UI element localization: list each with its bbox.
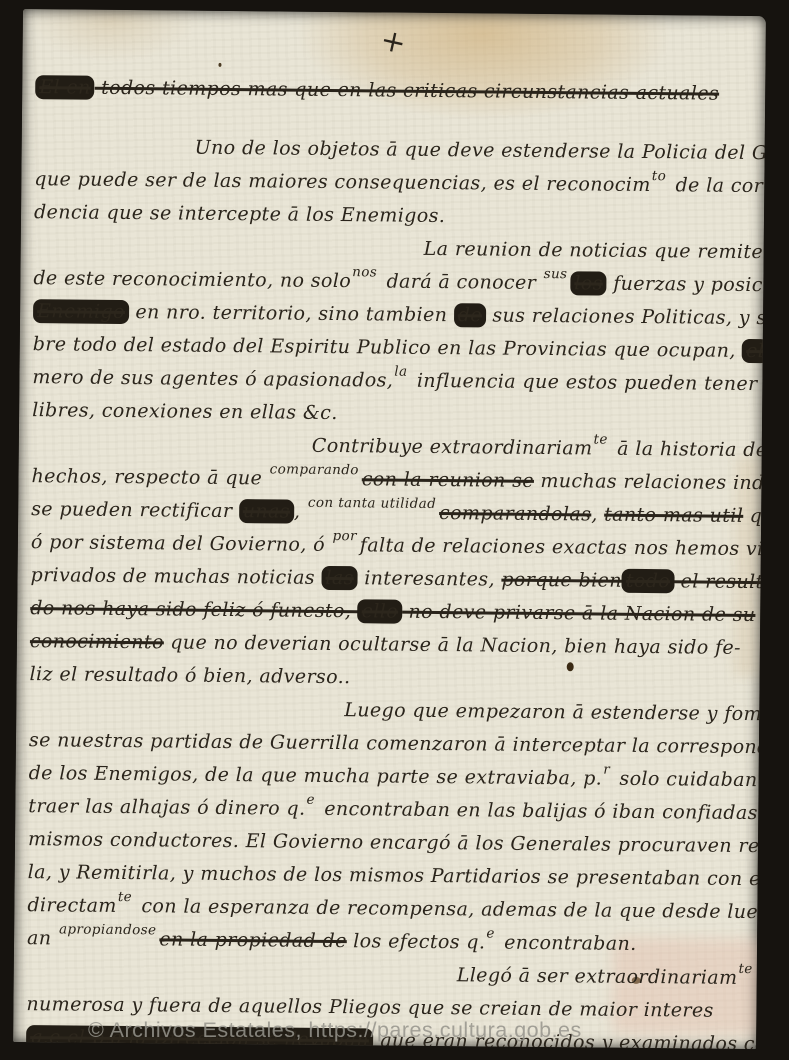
manuscript-segment: hechos, respecto ā que bbox=[31, 465, 268, 489]
manuscript-segment: bre todo del estado del Espiritu Publico… bbox=[33, 333, 743, 362]
manuscript-segment: privados de muchas noticias bbox=[30, 564, 321, 589]
manuscript-segment: dará ā conocer bbox=[380, 270, 543, 294]
manuscript-segment-struck: en la propiedad de bbox=[159, 928, 347, 952]
manuscript-page: + El en todos tiempos mas que en las cri… bbox=[13, 9, 766, 1049]
manuscript-segment: ā la historia de los bbox=[611, 438, 766, 462]
manuscript-segment: mismos conductores. El Govierno encargó … bbox=[28, 828, 766, 858]
manuscript-segment: La reunion de noticias que remiten bbox=[424, 238, 766, 263]
manuscript-segment-struck: el resulta- bbox=[674, 570, 766, 593]
manuscript-segment: Llegó ā ser extraordinariam bbox=[457, 964, 738, 989]
manuscript-segment: los efectos q. bbox=[347, 930, 486, 953]
manuscript-segment: mero de sus agentes ó apasionados, bbox=[32, 366, 393, 391]
manuscript-segment: encontraban en las balijas ó iban confia… bbox=[318, 798, 766, 825]
manuscript-line: an apropiandoseen la propiedad de los ef… bbox=[27, 922, 753, 962]
copyright-watermark: © Archivos Estatales, https://pares.cult… bbox=[88, 1018, 582, 1043]
manuscript-segment-sup: nos bbox=[352, 267, 377, 277]
manuscript-text: El en todos tiempos mas que en las criti… bbox=[26, 71, 761, 1049]
manuscript-segment-struck: conocimiento bbox=[30, 630, 164, 653]
manuscript-line: liz el resultado ó bien, adverso.. bbox=[29, 658, 755, 698]
manuscript-segment-struck: no deve privarse ā la Nacion de su bbox=[402, 601, 756, 626]
manuscript-segment: que puede ser de las maiores consequenci… bbox=[34, 168, 651, 196]
manuscript-segment: con la esperanza de recompensa, ademas d… bbox=[135, 895, 766, 924]
manuscript-segment-blot: todo bbox=[622, 569, 675, 594]
manuscript-segment: Contribuye extraordinariam bbox=[312, 435, 593, 460]
manuscript-segment-sup: e bbox=[307, 795, 315, 805]
manuscript-segment-struck: porque bien bbox=[501, 569, 622, 592]
scanned-document: + El en todos tiempos mas que en las cri… bbox=[0, 0, 789, 1060]
manuscript-segment: de los Enemigos, de la que mucha parte s… bbox=[29, 762, 603, 790]
manuscript-segment-blot: los bbox=[570, 271, 607, 295]
manuscript-segment: muchas relaciones individuales bbox=[534, 470, 766, 495]
manuscript-segment: de este reconocimiento, no solo bbox=[33, 267, 351, 292]
manuscript-segment-struck: do nos haya sido feliz ó funesto, bbox=[30, 597, 358, 622]
manuscript-segment-blot: El en bbox=[35, 75, 95, 100]
manuscript-segment: quanto ā que bbox=[743, 505, 766, 528]
manuscript-segment-blot: el bbox=[742, 339, 766, 363]
manuscript-segment-struck: comparandolas bbox=[439, 502, 591, 525]
manuscript-segment-sup: te bbox=[594, 434, 608, 444]
manuscript-segment-sup: con tanta utilidad bbox=[308, 498, 436, 509]
ink-speck bbox=[218, 63, 221, 67]
manuscript-segment-sup: r bbox=[603, 765, 610, 775]
manuscript-segment: de la correspon- bbox=[669, 174, 766, 198]
manuscript-segment-sup: comparando bbox=[270, 464, 359, 475]
manuscript-segment-sup: apropiandose bbox=[59, 924, 157, 935]
manuscript-segment: se pueden rectificar bbox=[31, 498, 239, 522]
manuscript-segment-sup: to bbox=[652, 171, 666, 181]
manuscript-segment-struck: con la reunion se bbox=[362, 468, 534, 492]
manuscript-segment: encontraban. bbox=[498, 932, 637, 955]
manuscript-segment: que no deverian ocultarse ā la Nacion, b… bbox=[164, 631, 741, 659]
manuscript-line: El en todos tiempos mas que en las criti… bbox=[35, 71, 761, 111]
manuscript-segment-sup: la bbox=[394, 367, 407, 377]
page-number-mark: + bbox=[377, 22, 409, 62]
manuscript-segment: Uno de los objetos ā que deve estenderse… bbox=[195, 137, 766, 165]
manuscript-segment: Luego que empezaron ā estenderse y fomen… bbox=[344, 699, 766, 726]
manuscript-segment: fuerzas y posiciones bbox=[607, 273, 766, 297]
manuscript-segment-blot: las bbox=[321, 566, 358, 590]
manuscript-segment: traer las alhajas ó dinero q. bbox=[28, 795, 305, 820]
manuscript-segment-blot: de bbox=[454, 303, 486, 327]
manuscript-segment: directam bbox=[27, 894, 117, 917]
manuscript-segment: , bbox=[591, 503, 604, 525]
manuscript-segment-struck: tanto mas util bbox=[604, 504, 743, 527]
manuscript-segment-blot: Enemigo bbox=[33, 299, 129, 324]
manuscript-segment-blot: unas bbox=[239, 499, 294, 524]
manuscript-segment: ó por sistema del Govierno, ó bbox=[31, 531, 332, 556]
manuscript-segment-sup: te bbox=[738, 964, 752, 974]
manuscript-segment: libres, conexiones en ellas &c. bbox=[32, 399, 338, 424]
manuscript-segment: liz el resultado ó bien, adverso.. bbox=[30, 663, 351, 688]
manuscript-segment: , bbox=[294, 501, 307, 523]
manuscript-segment: se nuestras partidas de Guerrilla comenz… bbox=[29, 729, 766, 759]
manuscript-segment: falta de relaciones exactas nos hemos vi… bbox=[360, 534, 766, 560]
manuscript-segment-sup: por bbox=[332, 531, 357, 541]
manuscript-segment-sup: e bbox=[486, 928, 494, 938]
manuscript-segment-struck: todos tiempos mas que en las criticas ci… bbox=[95, 77, 720, 105]
manuscript-segment-sup: sus bbox=[544, 269, 568, 279]
manuscript-segment: sus relaciones Politicas, y so- bbox=[486, 304, 766, 329]
manuscript-segment: dencia que se intercepte ā los Enemigos. bbox=[34, 201, 445, 227]
manuscript-segment: solo cuidaban de ex- bbox=[613, 768, 766, 792]
manuscript-segment: influencia que estos pueden tener en las bbox=[410, 370, 766, 396]
manuscript-segment: interesantes, bbox=[358, 567, 502, 590]
manuscript-segment: an bbox=[27, 927, 58, 949]
manuscript-line: dencia que se intercepte ā los Enemigos. bbox=[34, 196, 760, 236]
manuscript-segment-blot: ello bbox=[358, 599, 403, 623]
manuscript-segment: en nro. territorio, sino tambien bbox=[129, 301, 454, 326]
manuscript-line: libres, conexiones en ellas &c. bbox=[32, 394, 758, 434]
manuscript-segment-sup: te bbox=[118, 892, 132, 902]
manuscript-segment: la, y Remitirla, y muchos de los mismos … bbox=[28, 861, 766, 890]
